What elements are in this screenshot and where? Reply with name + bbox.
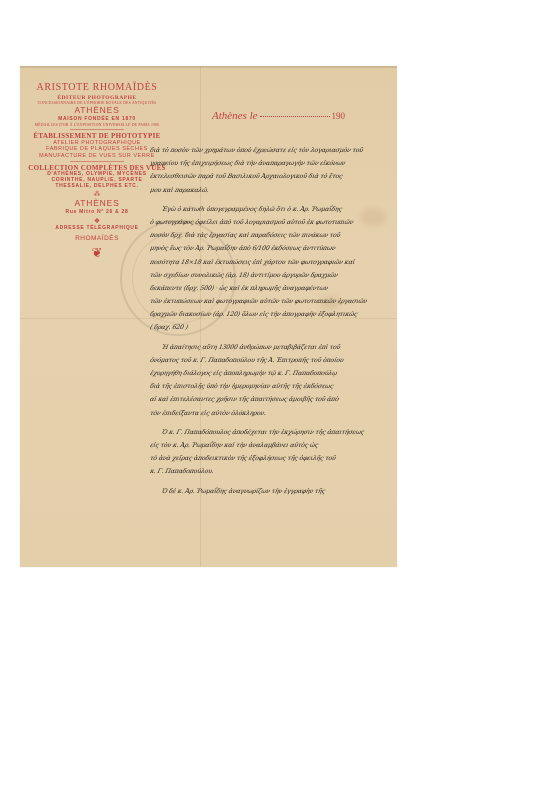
body-line: διὰ τῆς ἐπιστολῆς ὑπὸ τὴν ἡμερομηνίαν αὐ… [149,380,392,393]
letterhead: ARISTOTE RHOMAÏDÈS ÉDITEUR PHOTOGRAPHE C… [24,82,170,261]
divider [70,129,124,130]
body-line: γραφείου τῆς ἐπιχειρήσεως διὰ τὴν ἀναπαρ… [149,157,392,170]
body-line: τὸ ἀνὰ χεῖρας ἀποδεικτικὸν τῆς ἐξοφλήσεω… [149,452,392,465]
letterhead-collection-place: THESSALIE, DELPHES ETC. [24,184,170,190]
body-line: τῶν ἐκτυπώσεων καὶ φωτογραφιῶν αὐτῶν τῶν… [149,295,392,308]
body-line: ποσὸν δρχ. διὰ τὰς ἐργασίας καὶ παραδόσε… [149,229,392,242]
body-line: διὰ τὸ ποσὸν τῶν χρημάτων ὁποὺ ἐχρεώσατε… [149,144,392,157]
body-line: Ἡ ἀπαίτησις αὕτη 13000 ἀνθρώπων μεταβιβά… [149,341,392,354]
body-line: μου καὶ παρακαλῶ. [149,184,296,197]
letter-sheet: ARISTOTE RHOMAÏDÈS ÉDITEUR PHOTOGRAPHE C… [20,66,397,567]
body-line: αἱ καὶ ἐπιτελέσαντες χρῆσιν τῆς ἀπαιτήσε… [149,393,392,406]
letterhead-medals: MÉDAILLES D'OR À L'EXPOSITION UNIVERSELL… [24,123,170,127]
body-line: Ὁ δὲ κ. Ἀρ. Ῥωμαΐδης ἀναγνωρίζων τὴν ἐγγ… [149,485,392,498]
letterhead-service: ÉTABLISSEMENT DE PHOTOTYPIE [24,132,170,140]
body-line: ποσότητα 18×18 καὶ ἐκτυπώσεις ἐπὶ χάρτου… [149,256,392,269]
dateline: Athènes le190 [212,110,345,122]
body-line: ( δραχ. 620 ) [149,321,296,334]
body-line: ἐκτελεσθεισῶν παρὰ τοῦ Βασιλικοῦ Ἀρχαιολ… [149,170,392,183]
body-line: εἰς τὸν κ. Ἀρ. Ῥωμαΐδην καὶ τὴν ἀναλαμβά… [149,439,392,452]
letterhead-name: ARISTOTE RHOMAÏDÈS [24,82,170,94]
letterhead-city: ATHÈNES [24,106,170,116]
body-line: μηνὸς ἕως τὸν Ἀρ. Ῥωμαΐδην ἀπὸ 6/100 ἐκδ… [149,242,392,255]
body-line: τὸν ἐπιδείξαντα εἰς αὐτὸν ὁλόκληρον. [149,407,296,420]
dateline-year: 190 [332,111,346,121]
body-line: Ὁ κ. Γ. Παπαδόπουλος ἀποδέχεται τὴν ἐκχώ… [149,426,392,439]
body-line: Ἐγὼ ὁ κάτωθι ὑπογεγραμμένος δηλῶ ὅτι ὁ κ… [149,203,392,216]
dateline-place: Athènes le [212,110,258,122]
divider [70,161,124,162]
body-line: δεκάπεντε (δρχ. 500) · ὡς καὶ ἐκ πληρωμῆ… [149,282,392,295]
date-blank [260,116,330,117]
handwritten-body: διὰ τὸ ποσὸν τῶν χρημάτων ὁποὺ ἐχρεώσατε… [150,144,390,498]
letterhead-address-city: ATHÈNES [24,199,170,209]
body-line: τῶν σχεδίων συνολικῶς (ἀρ. 18) ἀντιτίμου… [149,269,392,282]
body-line: ὁ φωτογράφος ὀφείλει ἀπὸ τοῦ λογαριασμοῦ… [149,216,392,229]
ornament-icon: ❖ [24,217,170,225]
body-line: ἐχορηγήθη διάλογος εἰς ἀποπληρωμὴν τῷ κ.… [149,367,392,380]
body-line: κ. Γ. Παπαδοπούλου. [149,465,296,478]
body-line: δραχμῶν διακοσίων (ἀρ. 120) ὅλων εἰς τὴν… [149,308,392,321]
body-line: ὀνόματος τοῦ κ. Γ. Παπαδοπούλου τῆς Ἀ. Ἐ… [149,354,392,367]
